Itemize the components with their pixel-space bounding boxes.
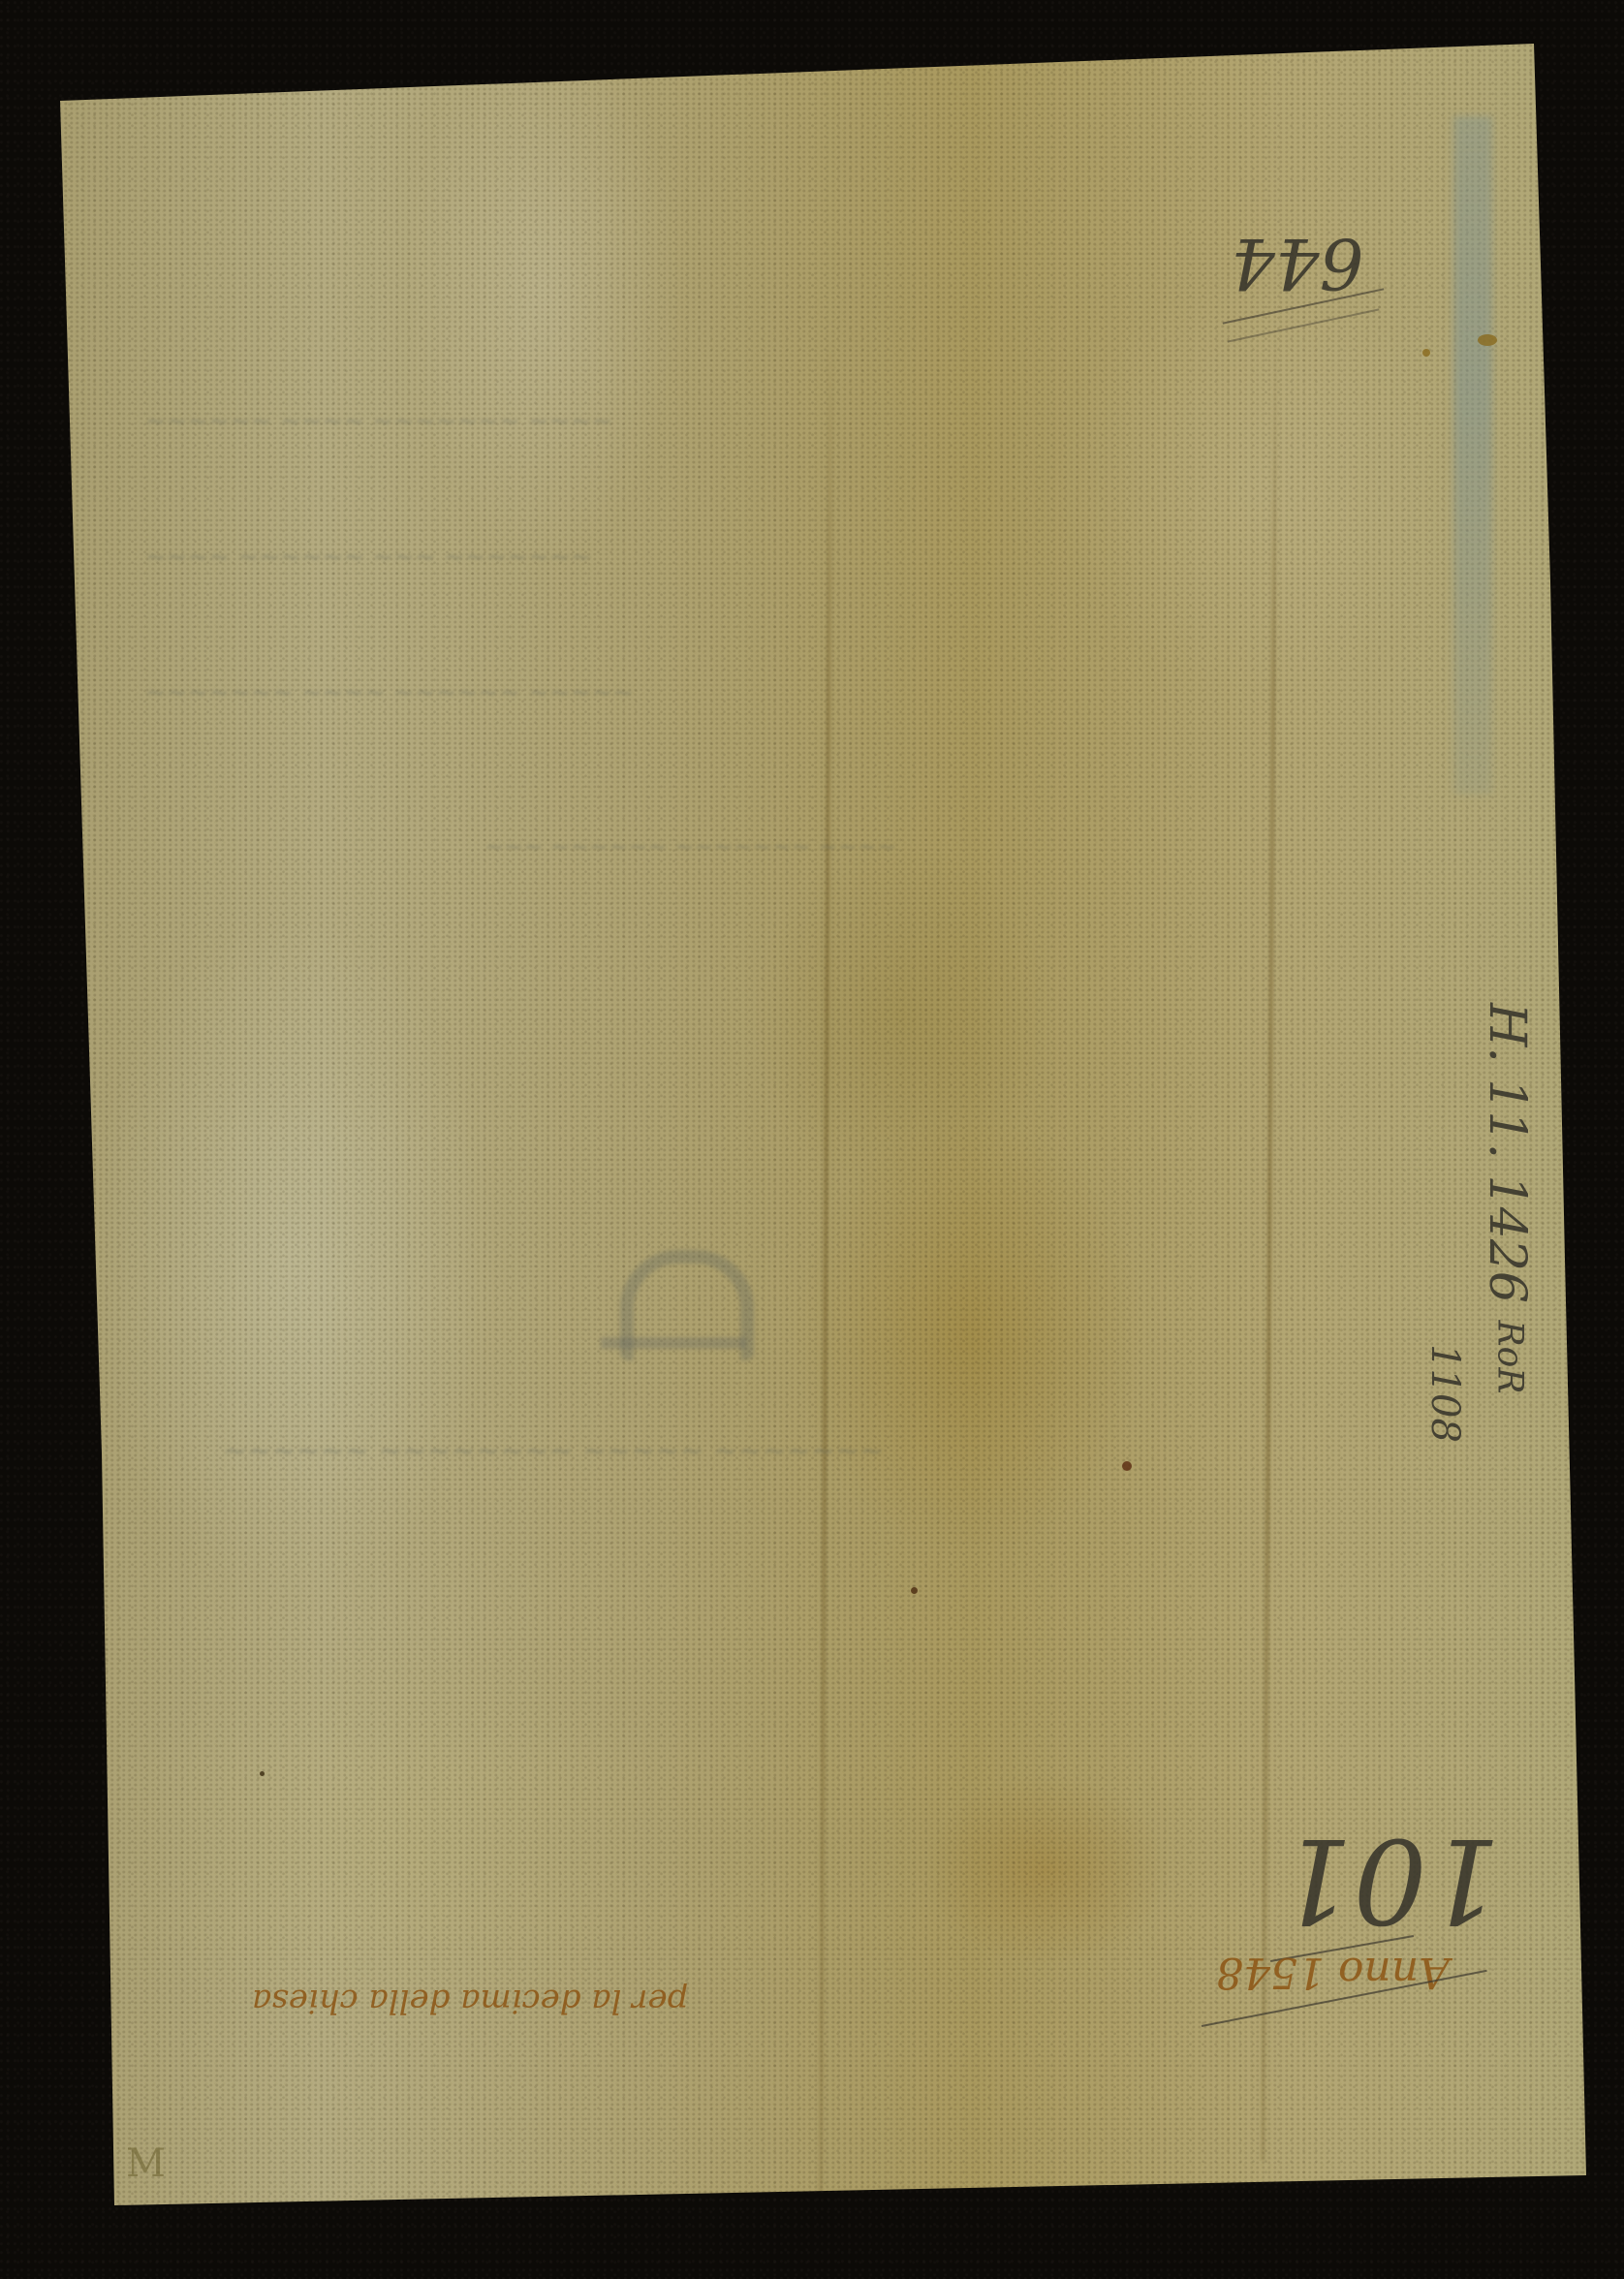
scan-background: ~~~~~~ ~~~~ ~~~~~~~ ~~~~ ~~~~ ~~~~~~ ~~~… — [0, 0, 1624, 2279]
number-prefix-vertical: RoR — [1489, 1321, 1529, 1394]
bleed-through-text: ~~~~ ~~~~~~ ~~~ ~~~~~~~ — [145, 543, 592, 572]
number-vertical: 1108 — [1422, 1344, 1467, 1443]
bleed-through-subscription: ~~~~~~ ~~~~~~~~ ~~~~~ ~~~~~~~ — [223, 1434, 884, 1468]
bleed-through-text: ~~~~~~~ ~~~~ ~~~~~~ ~~~~~ — [145, 678, 634, 707]
bleed-through-text: ~~~~~~ ~~~~ ~~~~~~~ ~~~~ — [145, 407, 612, 436]
stain-spot — [1422, 349, 1430, 357]
archival-number-top: 644 — [1231, 223, 1363, 304]
blue-stain-band — [1453, 116, 1492, 795]
shelfmark-vertical: H. 11. 1426 — [1478, 1003, 1536, 1303]
date-annotation: Anno 1548 — [1216, 1948, 1450, 1997]
notary-signum-base — [601, 1337, 746, 1349]
parchment-sheet: ~~~~~~ ~~~~ ~~~~~~~ ~~~~ ~~~~ ~~~~~~ ~~~… — [0, 0, 1624, 2279]
stain-spot — [1122, 1461, 1132, 1471]
stain-spot — [260, 1771, 265, 1776]
large-archival-number: 101 — [1279, 1812, 1501, 1947]
stain-spot — [1478, 334, 1497, 346]
stain-spot — [911, 1587, 918, 1594]
corner-mark: M — [126, 2141, 166, 2186]
bleed-through-text: ~~~ ~~~~~~ ~~~~~~~ ~~~~ — [484, 833, 896, 860]
ink-endorsement: per la decima della chiesa — [252, 1982, 688, 2020]
